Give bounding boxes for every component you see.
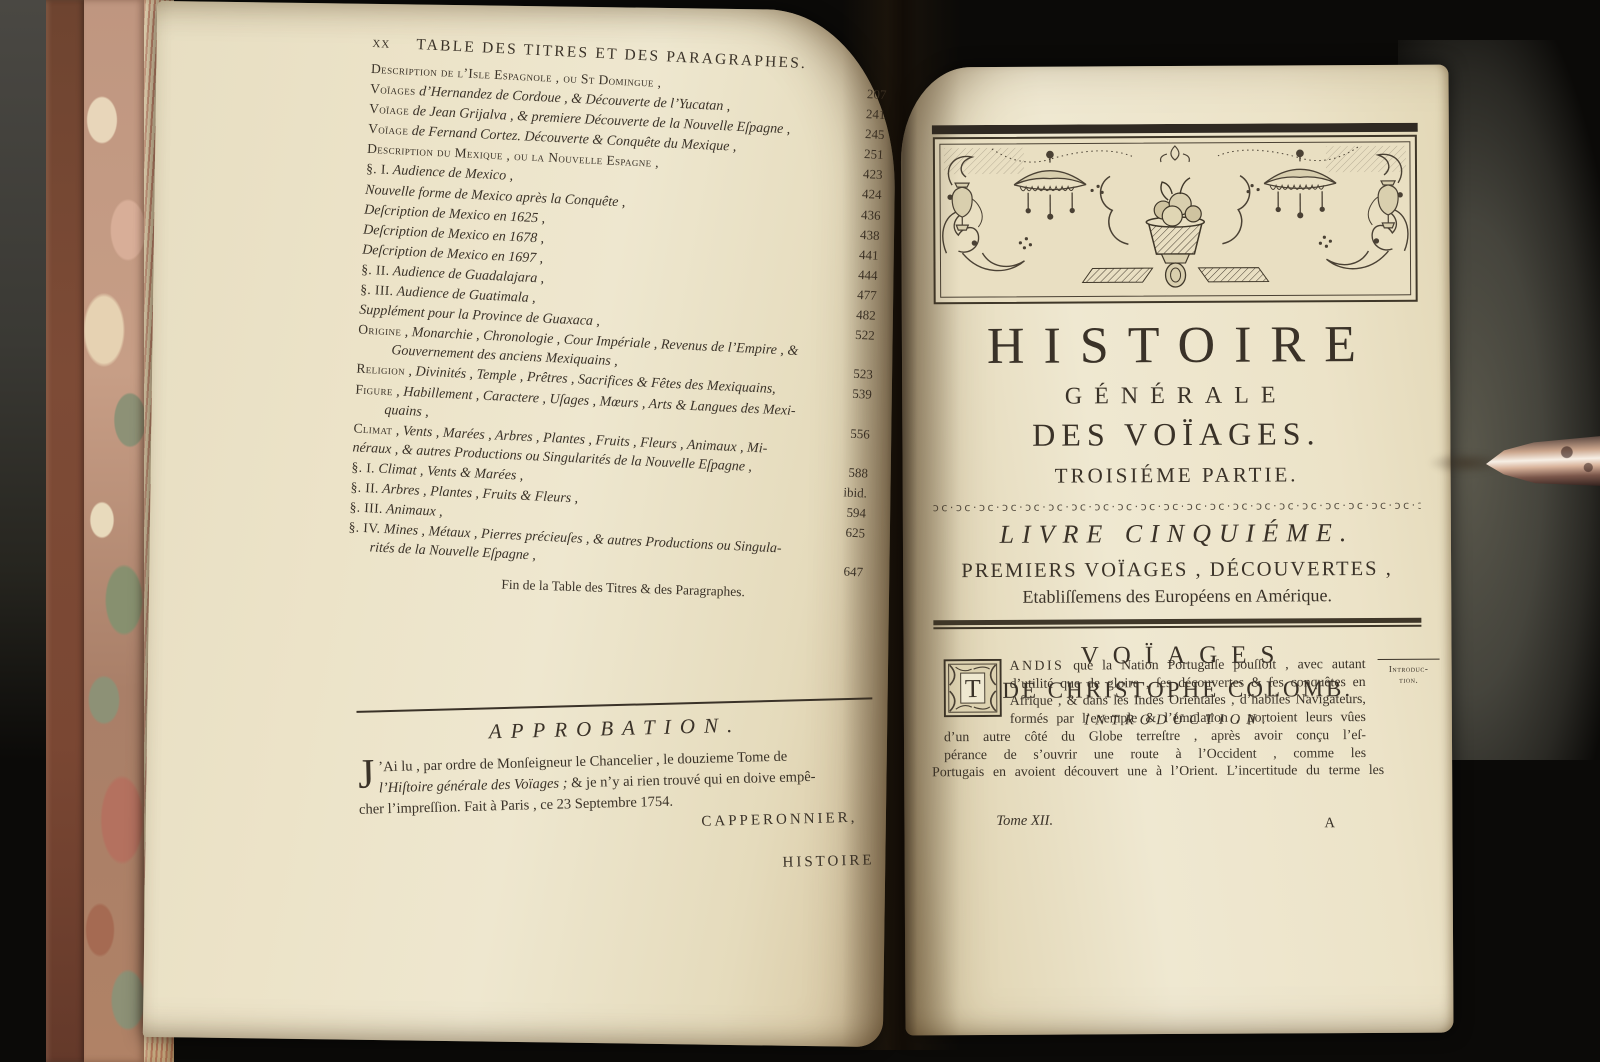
approbation-title: APPROBATION. [357, 710, 873, 748]
signature-mark: A [1324, 815, 1335, 832]
toc-entry-lead: Religion [356, 361, 405, 378]
book-subheading: PREMIERS VOÏAGES , DÉCOUVERTES , [933, 558, 1421, 584]
margin-note-line: tion. [1378, 675, 1440, 686]
toc-entry-lead: Voïage [369, 101, 410, 118]
toc-page-number: 588 [822, 461, 869, 482]
toc-page-number: 477 [830, 284, 877, 305]
toc-page-number: 522 [828, 324, 875, 345]
book-title-italic: l’Hiſtoire générale des Voïages ; [379, 776, 568, 797]
toc-entry-lead: §. III. [360, 282, 394, 299]
engraved-headpiece-ornament [932, 123, 1419, 308]
intro-line: Afrique , & dans les Indes Orientales , … [944, 690, 1366, 710]
intro-line: d’un autre côté du Globe terreſtre , apr… [944, 726, 1366, 746]
book-heading: LIVRE CINQUIÉME. [933, 518, 1421, 551]
marbled-board [84, 0, 146, 1062]
margin-note: Introduc- tion. [1378, 659, 1440, 686]
toc-entry-text: Animaux , [382, 502, 443, 520]
table-of-contents: xx TABLE DES TITRES ET DES PARAGRAPHES. … [347, 34, 888, 582]
approbation-section: APPROBATION. J ’Ai lu , par ordre de Mon… [356, 698, 876, 883]
volume-label: Tome XII. [996, 813, 1053, 830]
toc-page-number: 251 [837, 143, 884, 164]
main-title-line2: GÉNÉRALE [932, 382, 1420, 412]
toc-page-number: 436 [834, 203, 881, 224]
toc-entry-lead: §. IV. [348, 519, 380, 536]
toc-entry-lead: §. I. [366, 161, 390, 177]
main-title: HISTOIRE [932, 315, 1420, 377]
book-spine-edge [46, 0, 86, 1062]
toc-page-number: 523 [826, 363, 873, 384]
toc-page-number: 482 [829, 304, 876, 325]
intro-line: ANDIS que la Nation Portugaiſe pouſſoit … [944, 655, 1366, 675]
toc-page-number: 594 [820, 501, 867, 522]
initial-letter: J [358, 758, 379, 793]
toc-entry-lead: Origine [358, 322, 402, 339]
approbation-body: J ’Ai lu , par ordre de Monſeigneur le C… [358, 745, 875, 821]
toc-entry-lead: Figure [355, 381, 393, 398]
part-title: TROISIÉME PARTIE. [933, 462, 1421, 490]
toc-entry-lead: Voïage [368, 121, 409, 138]
toc-page-number: 539 [825, 383, 872, 404]
margin-note-line: Introduc- [1378, 664, 1440, 675]
right-page: HISTOIRE GÉNÉRALE DES VOÏAGES. TROISIÉME… [900, 65, 1453, 1036]
toc-entry-lead: §. I. [351, 459, 375, 475]
intro-line-full-width: Portugais en avoient découvert une à l’O… [932, 761, 1384, 781]
toc-page-number: 438 [833, 223, 880, 244]
toc-page-number: 207 [840, 83, 887, 104]
book-photo: xx TABLE DES TITRES ET DES PARAGRAPHES. … [0, 0, 1600, 1062]
double-rule [933, 618, 1421, 629]
toc-page-number: 444 [831, 263, 878, 284]
approbation-line-rest: & je n’y ai rien trouvé qui en doive emp… [567, 769, 815, 791]
toc-page-number: ibid. [821, 481, 868, 502]
intro-line: d’utilité que de gloire , ſes découverte… [944, 673, 1366, 693]
catchword: HISTOIRE [361, 853, 877, 884]
introduction-paragraph: T ANDIS que la Nation Portugaiſe pouſſoi… [944, 655, 1367, 781]
main-title-line3: DES VOÏAGES. [932, 415, 1420, 455]
toc-entry-lead: Climat [353, 420, 393, 437]
toc-entry-lead: Voïages [370, 81, 416, 98]
toc-entry-lead: §. II. [350, 479, 379, 495]
toc-page-number: 441 [832, 243, 879, 264]
toc-page-number: 625 [819, 521, 866, 542]
woodcut-drop-cap: T [944, 659, 1002, 717]
toc-page-number: 241 [839, 103, 886, 124]
left-page: xx TABLE DES TITRES ET DES PARAGRAPHES. … [143, 1, 897, 1047]
toc-page-number: 423 [836, 163, 883, 184]
drop-cap-letter: T [965, 674, 981, 703]
intro-line: formés par l’exemple & l’émulation , por… [944, 708, 1366, 728]
toc-page-number: 647 [817, 561, 864, 582]
toc-page-number: 424 [835, 183, 882, 204]
book-subheading-line2: Etabliſſemens des Européens en Amérique. [933, 585, 1421, 609]
folio-number: xx [372, 35, 417, 54]
intro-line-rest: que la Nation Portugaiſe pouſſoit , avec… [1064, 656, 1365, 673]
right-page-content: HISTOIRE GÉNÉRALE DES VOÏAGES. TROISIÉME… [931, 123, 1422, 730]
fleuron-ornament-row: ɔc·ɔc·ɔc·ɔc·ɔc·ɔc·ɔc·ɔc·ɔc·ɔc·ɔc·ɔc·ɔc·ɔ… [933, 499, 1421, 515]
toc-entry-lead: §. II. [361, 262, 390, 278]
intro-first-word: ANDIS [1010, 658, 1065, 673]
toc-entry-lead: §. III. [349, 499, 383, 516]
toc-page-number: 245 [838, 123, 885, 144]
left-page-content: xx TABLE DES TITRES ET DES PARAGRAPHES. … [361, 34, 889, 890]
toc-page-number: 556 [823, 422, 870, 443]
intro-line: pérance de s’ouvrir une route à l’Occide… [944, 744, 1366, 764]
